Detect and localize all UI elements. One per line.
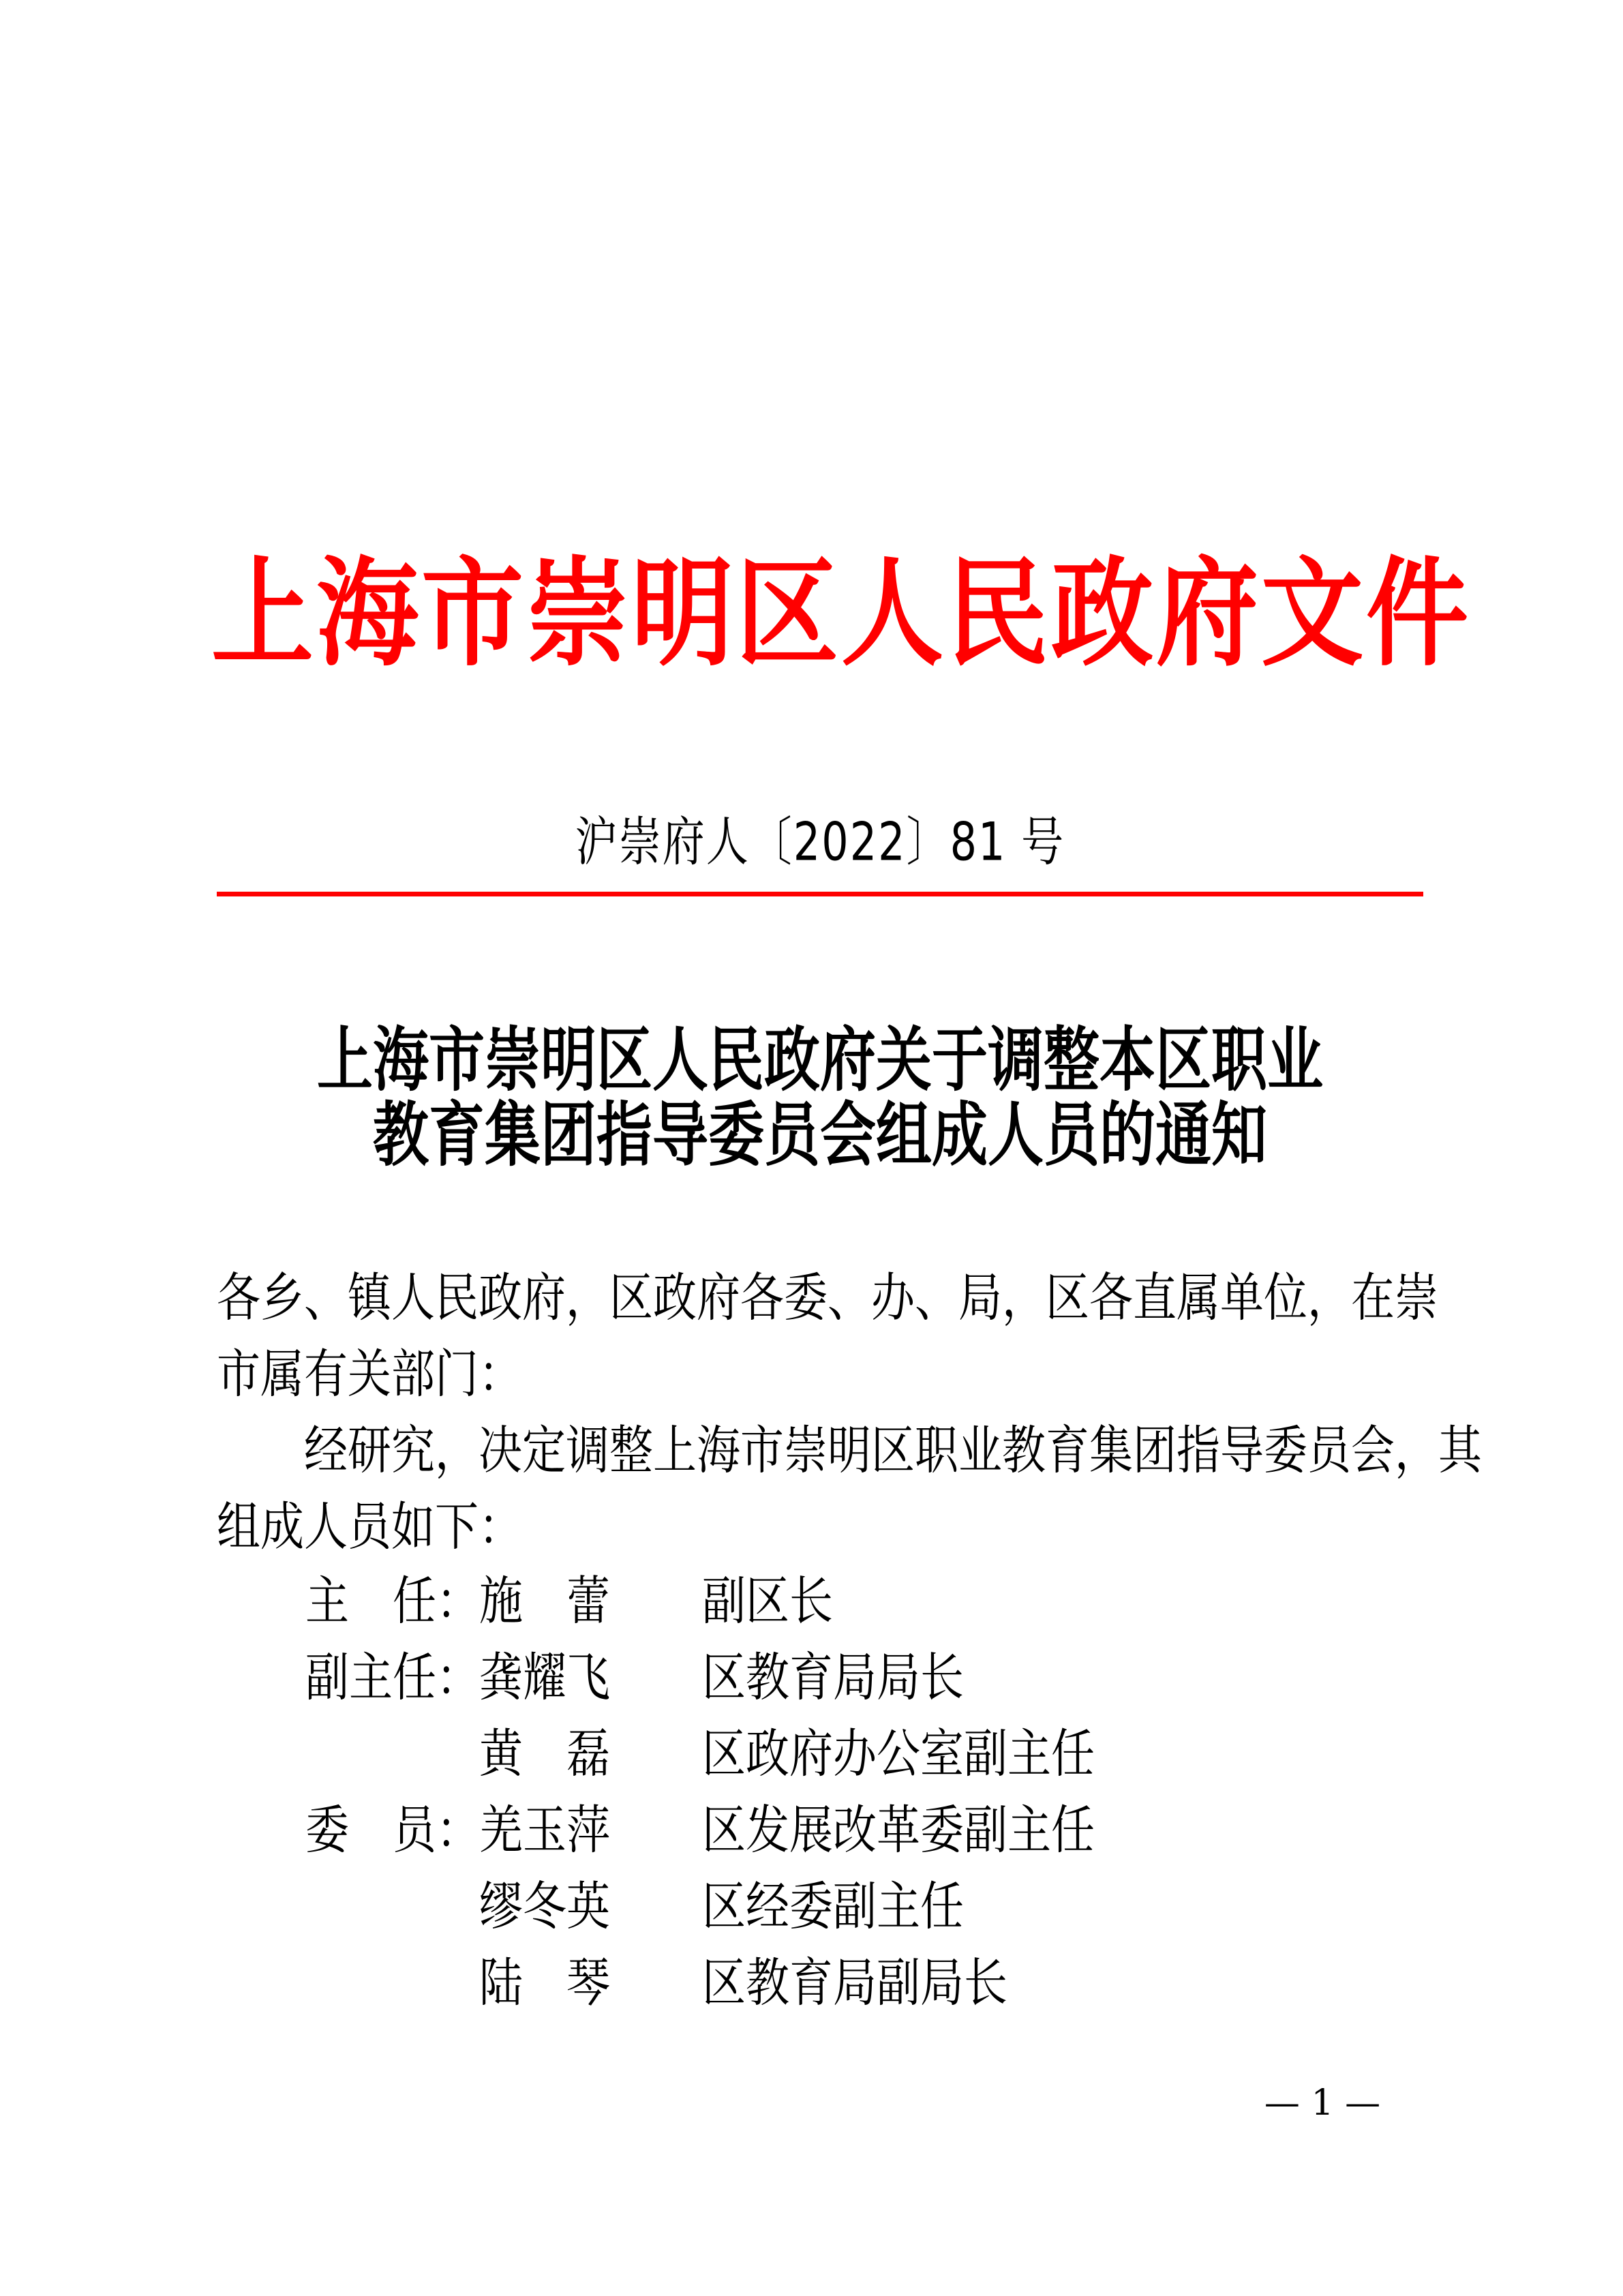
member-name: 羌玉萍	[479, 1794, 643, 1868]
member-position: 区政府办公室副主任	[702, 1718, 1316, 1792]
addressee-line-2: 市属有关部门：	[217, 1338, 1430, 1412]
member-position: 副区长	[702, 1565, 1316, 1639]
member-role: 委 员：	[305, 1794, 476, 1868]
page-number: — 1 —	[1241, 2079, 1404, 2127]
member-position: 区教育局局长	[702, 1642, 1316, 1715]
body-paragraph-line-1: 经研究，决定调整上海市崇明区职业教育集团指导委员会，其	[217, 1415, 1430, 1488]
member-position: 区教育局副局长	[702, 1947, 1316, 2021]
member-role: 主 任：	[305, 1565, 476, 1639]
member-name: 陆 琴	[479, 1947, 643, 2021]
red-divider-rule	[217, 892, 1423, 896]
member-name: 缪冬英	[479, 1871, 643, 1944]
member-role: 副主任：	[305, 1642, 476, 1715]
addressee-line-1: 各乡、镇人民政府，区政府各委、办、局，区各直属单位，在崇	[217, 1262, 1430, 1335]
document-masthead: 上海市崇明区人民政府文件	[211, 535, 1425, 692]
member-position: 区发展改革委副主任	[702, 1794, 1316, 1868]
member-name: 施 蕾	[479, 1565, 643, 1639]
member-name: 龚耀飞	[479, 1642, 643, 1715]
document-title-line-2: 教育集团指导委员会组成人员的通知	[217, 1088, 1423, 1182]
member-position: 区经委副主任	[702, 1871, 1316, 1944]
document-number: 沪崇府人〔2022〕81 号	[217, 808, 1423, 876]
body-paragraph-line-2: 组成人员如下：	[217, 1491, 1430, 1565]
member-name: 黄 磊	[479, 1718, 643, 1792]
